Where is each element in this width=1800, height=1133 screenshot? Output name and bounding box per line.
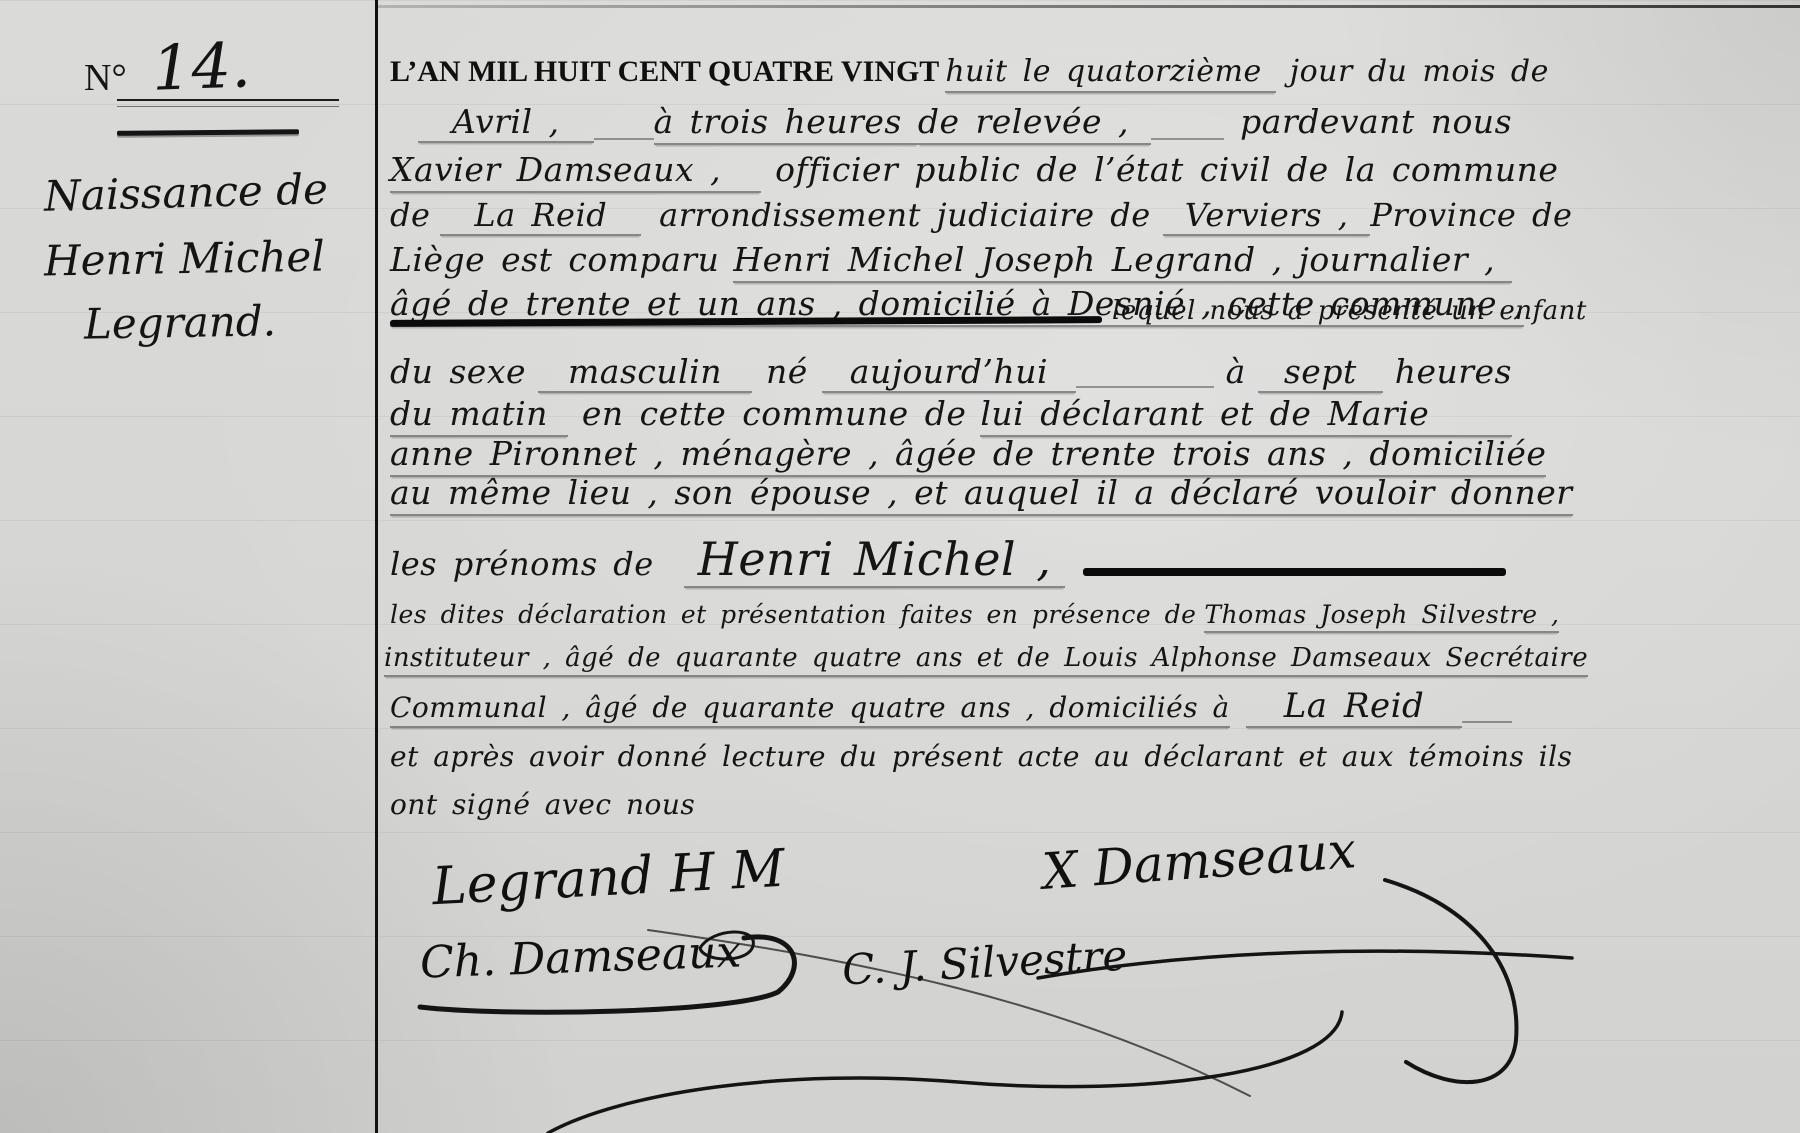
hand-arrondissement-name: Verviers , — [1163, 196, 1371, 236]
hand-province-comparu: Liège est comparu — [390, 240, 719, 279]
act-line-4: de La Reid arrondissement judiciaire de … — [390, 196, 1512, 236]
hand-officer-name: Xavier Damseaux , — [390, 150, 761, 193]
signature-declarant: Legrand H M — [431, 839, 787, 917]
act-line-5: Liège est comparu Henri Michel Joseph Le… — [390, 240, 1512, 283]
scan-top-edge-line — [378, 5, 1800, 8]
act-number-label: N° — [84, 56, 127, 100]
act-line-11: au même lieu , son épouse , et auquel il… — [390, 473, 1512, 516]
hand-hour-suffix: de relevée , — [918, 102, 1151, 145]
hand-lecture-clause: et après avoir donné lecture du présent … — [390, 740, 1572, 773]
hand-heures: heures — [1395, 352, 1512, 391]
hand-commune-name: La Reid — [440, 196, 641, 236]
hand-month: Avril , — [418, 102, 594, 143]
hand-ont-signe: ont signé avec nous — [390, 788, 695, 821]
hand-a: à — [1226, 352, 1246, 391]
act-line-14: instituteur , âgé de quarante quatre ans… — [384, 643, 1506, 677]
closing-stroke-bar-2 — [1083, 568, 1506, 576]
act-line-13: les dites déclaration et présentation fa… — [390, 600, 1512, 633]
hand-child-names: Henri Michel , — [684, 532, 1066, 588]
blank-fill — [1076, 385, 1214, 388]
signature-officer: X Damseaux — [1040, 821, 1358, 901]
act-line-12: les prénoms de Henri Michel , — [390, 532, 1512, 588]
hand-witnesses-age: Communal , âgé de quarante quatre ans , … — [390, 691, 1230, 728]
blank-fill — [1151, 137, 1224, 140]
hand-hour: à trois heures — [654, 102, 918, 145]
act-line-17: ont signé avec nous — [390, 788, 1512, 821]
hand-province-label: Province de — [1370, 196, 1572, 234]
hand-birth-hour: sept — [1258, 352, 1383, 393]
hand-witness2-details: instituteur , âgé de quarante quatre ans… — [384, 643, 1588, 677]
act-line-8: du sexe masculin né aujourd’hui à sept h… — [390, 352, 1512, 393]
margin-title-line3: Legrand. — [84, 296, 277, 348]
margin-separator-rule — [375, 0, 378, 1133]
hand-du-matin: du matin — [390, 394, 568, 437]
act-line-10: anne Pironnet , ménagère , âgée de trent… — [390, 434, 1512, 477]
hand-sex: masculin — [538, 352, 752, 393]
hand-spouse-declaration: au même lieu , son épouse , et auquel il… — [390, 473, 1573, 516]
act-line-16: et après avoir donné lecture du présent … — [390, 740, 1512, 773]
blank-fill — [1462, 720, 1512, 723]
blank-fill — [594, 137, 654, 140]
act-line-3: Xavier Damseaux , officier public de l’é… — [390, 150, 1512, 193]
signature-witness-secretary: Ch. Damseaux — [419, 926, 742, 988]
act-number-underline — [117, 99, 339, 107]
hand-witnesses-domicile: La Reid — [1246, 686, 1463, 728]
margin-title-line2: Henri Michel — [44, 232, 326, 286]
hand-birth-day: aujourd’hui — [822, 352, 1076, 393]
printed-year-text: L’AN MIL HUIT CENT QUATRE VINGT — [390, 55, 939, 89]
margin-title-line1: Naissance de — [43, 164, 328, 220]
hand-du-sexe: du sexe — [390, 352, 526, 391]
hand-en-cette-commune: en cette commune de — [582, 394, 966, 433]
hand-day-of-month: jour du mois de — [1290, 54, 1549, 89]
hand-mother-intro: lui déclarant et de Marie — [980, 394, 1512, 437]
hand-year-day: huit le quatorzième — [945, 54, 1275, 93]
act-line-15: Communal , âgé de quarante quatre ans , … — [390, 686, 1512, 728]
hand-lequel-presente: lequel nous a présenté un enfant — [1112, 296, 1587, 326]
birth-act-document: N° 14. Naissance de Henri Michel Legrand… — [0, 0, 1800, 1133]
hand-arrondissement-label: arrondissement judiciaire de — [659, 196, 1151, 234]
hand-pardevant: pardevant nous — [1240, 102, 1512, 141]
signature-witness-teacher: C. J. Silvestre — [841, 931, 1128, 995]
act-line-1: L’AN MIL HUIT CENT QUATRE VINGT huit le … — [390, 54, 1512, 93]
act-line-2: Avril , à trois heures de relevée , pard… — [390, 102, 1512, 145]
hand-mother-details: anne Pironnet , ménagère , âgée de trent… — [390, 434, 1546, 477]
hand-declaration-presence: les dites déclaration et présentation fa… — [390, 600, 1196, 629]
hand-declarant-name: Henri Michel Joseph Legrand , journalier… — [733, 240, 1512, 283]
hand-de: de — [390, 196, 430, 234]
margin-divider-stroke — [117, 129, 299, 136]
act-number-value: 14. — [151, 28, 252, 104]
hand-witness1-name: Thomas Joseph Silvestre , — [1204, 600, 1559, 633]
act-line-9: du matin en cette commune de lui déclara… — [390, 394, 1512, 437]
hand-officer-title: officier public de l’état civil de la co… — [775, 150, 1558, 189]
hand-ne: né — [766, 352, 808, 391]
hand-prenoms-label: les prénoms de — [390, 545, 654, 583]
